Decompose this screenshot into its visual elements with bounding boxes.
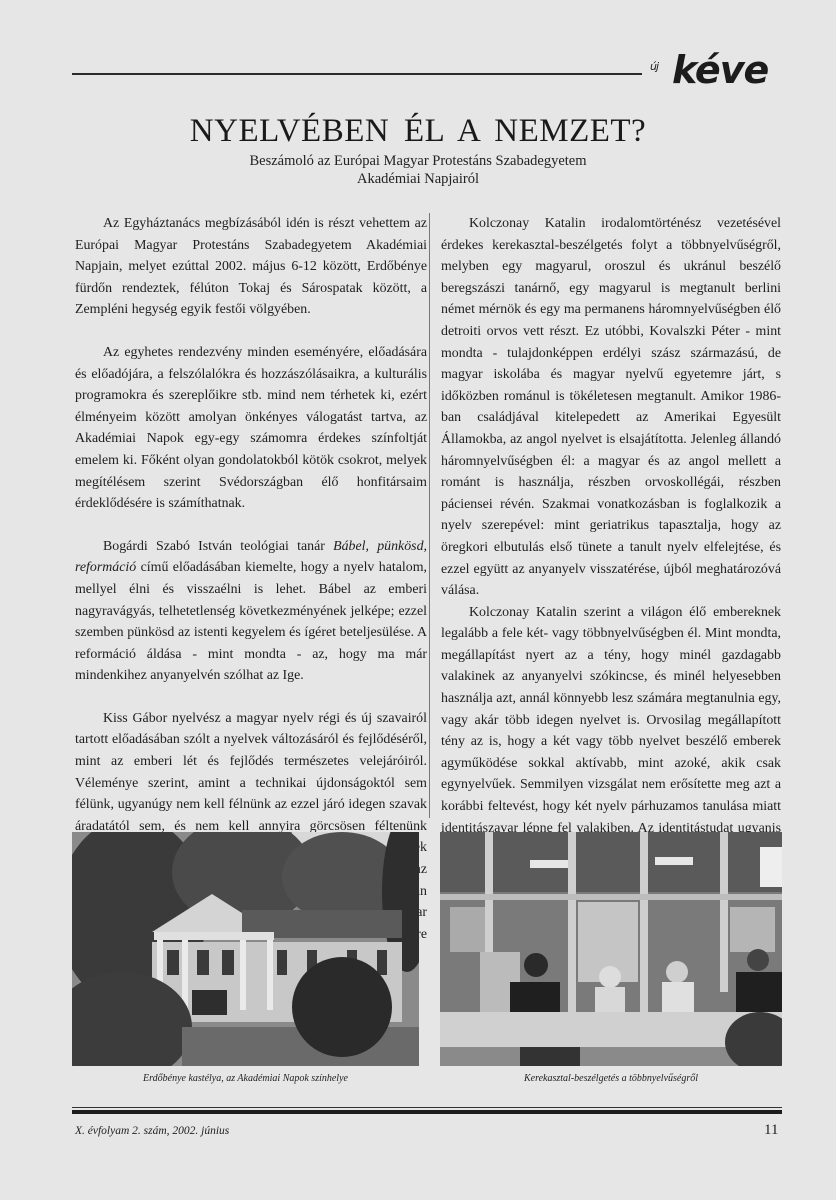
paragraph-text: Bogárdi Szabó István teológiai tanár (103, 539, 333, 554)
header-rule (72, 73, 642, 75)
photo-roundtable-discussion (440, 832, 782, 1066)
footer-rule (72, 1107, 782, 1108)
photo-erdobenye-manor (72, 832, 419, 1066)
page-header: új kéve (72, 62, 782, 92)
paragraph: Az egyhetes rendezvény minden eseményére… (75, 342, 427, 515)
subtitle-line-2: Akadémiai Napjairól (0, 170, 836, 188)
article-title: NYELVÉBEN ÉL A NEMZET? (0, 113, 836, 150)
issue-info: X. évfolyam 2. szám, 2002. június (75, 1125, 229, 1137)
paragraph: Az Egyháztanács megbízásából idén is rés… (75, 213, 427, 321)
column-divider (429, 213, 430, 818)
paragraph-text: című előadásában kiemelte, hogy a nyelv … (75, 560, 427, 683)
photo-caption-right: Kerekasztal-beszélgetés a többnyelvűségr… (440, 1073, 782, 1084)
manor-house-image (72, 832, 419, 1066)
page-number: 11 (764, 1122, 778, 1139)
footer-rule-thick (72, 1110, 782, 1114)
magazine-logo: kéve (672, 48, 768, 92)
subtitle-line-1: Beszámoló az Európai Magyar Protestáns S… (0, 152, 836, 170)
roundtable-image (440, 832, 782, 1066)
paragraph: Bogárdi Szabó István teológiai tanár Báb… (75, 536, 427, 687)
paragraph: Kolczonay Katalin irodalomtörténész veze… (441, 213, 781, 602)
logo-prefix: új (650, 60, 658, 73)
photo-caption-left: Erdőbénye kastélya, az Akadémiai Napok s… (72, 1073, 419, 1084)
article-subtitle: Beszámoló az Európai Magyar Protestáns S… (0, 152, 836, 188)
